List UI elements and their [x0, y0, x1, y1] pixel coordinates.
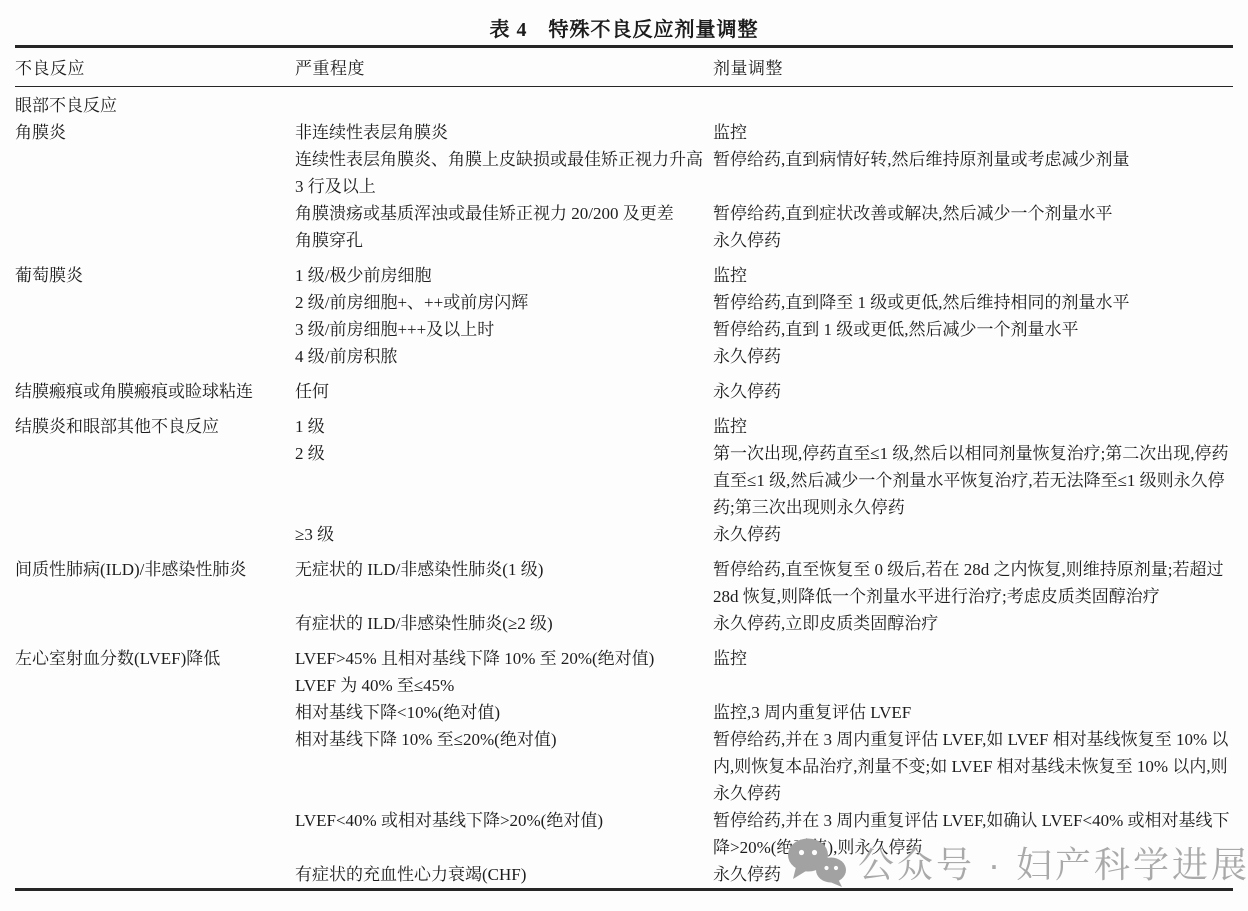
adjustment-cell: 暂停给药,并在 3 周内重复评估 LVEF,如 LVEF 相对基线恢复至 10%…	[713, 726, 1233, 807]
adjustment-cell: 暂停给药,并在 3 周内重复评估 LVEF,如确认 LVEF<40% 或相对基线…	[713, 807, 1233, 861]
adjustment-cell: 永久停药	[713, 521, 1233, 548]
reaction-cell	[15, 200, 295, 227]
reaction-cell	[15, 316, 295, 343]
reaction-cell: 结膜炎和眼部其他不良反应	[15, 405, 295, 440]
adjustment-cell: 监控	[713, 405, 1233, 440]
table-row: 连续性表层角膜炎、角膜上皮缺损或最佳矫正视力升高 3 行及以上暂停给药,直到病情…	[15, 146, 1233, 200]
reaction-cell	[15, 807, 295, 861]
severity-cell: 2 级	[295, 440, 713, 521]
adjustment-cell: 永久停药	[713, 370, 1233, 405]
severity-cell: LVEF 为 40% 至≤45%	[295, 672, 713, 699]
severity-cell: 有症状的充血性心力衰竭(CHF)	[295, 861, 713, 890]
table-row: 相对基线下降<10%(绝对值)监控,3 周内重复评估 LVEF	[15, 699, 1233, 726]
reaction-cell	[15, 699, 295, 726]
table-row: 结膜瘢痕或角膜瘢痕或睑球粘连任何永久停药	[15, 370, 1233, 405]
reaction-cell: 结膜瘢痕或角膜瘢痕或睑球粘连	[15, 370, 295, 405]
table-body: 眼部不良反应角膜炎非连续性表层角膜炎监控连续性表层角膜炎、角膜上皮缺损或最佳矫正…	[15, 87, 1233, 890]
table-row: 葡萄膜炎1 级/极少前房细胞监控	[15, 254, 1233, 289]
reaction-cell	[15, 289, 295, 316]
adjustment-cell	[713, 672, 1233, 699]
adjustment-cell: 暂停给药,直到降至 1 级或更低,然后维持相同的剂量水平	[713, 289, 1233, 316]
table-row: LVEF<40% 或相对基线下降>20%(绝对值)暂停给药,并在 3 周内重复评…	[15, 807, 1233, 861]
severity-cell: 1 级/极少前房细胞	[295, 254, 713, 289]
table-row: 相对基线下降 10% 至≤20%(绝对值)暂停给药,并在 3 周内重复评估 LV…	[15, 726, 1233, 807]
reaction-cell: 眼部不良反应	[15, 87, 295, 120]
adjustment-cell: 监控	[713, 119, 1233, 146]
table-row: 间质性肺病(ILD)/非感染性肺炎无症状的 ILD/非感染性肺炎(1 级)暂停给…	[15, 548, 1233, 610]
adjustment-cell: 监控	[713, 637, 1233, 672]
col-header-severity: 严重程度	[295, 47, 713, 87]
reaction-cell	[15, 861, 295, 890]
table-row: 角膜穿孔永久停药	[15, 227, 1233, 254]
table-row: ≥3 级永久停药	[15, 521, 1233, 548]
severity-cell: 相对基线下降 10% 至≤20%(绝对值)	[295, 726, 713, 807]
table-row: 3 级/前房细胞+++及以上时暂停给药,直到 1 级或更低,然后减少一个剂量水平	[15, 316, 1233, 343]
header-row: 不良反应 严重程度 剂量调整	[15, 47, 1233, 87]
reaction-cell	[15, 440, 295, 521]
severity-cell: 无症状的 ILD/非感染性肺炎(1 级)	[295, 548, 713, 610]
reaction-cell	[15, 726, 295, 807]
severity-cell: 3 级/前房细胞+++及以上时	[295, 316, 713, 343]
severity-cell: ≥3 级	[295, 521, 713, 548]
adjustment-cell: 永久停药	[713, 343, 1233, 370]
severity-cell: 连续性表层角膜炎、角膜上皮缺损或最佳矫正视力升高 3 行及以上	[295, 146, 713, 200]
adjustment-cell: 永久停药	[713, 861, 1233, 890]
reaction-cell	[15, 146, 295, 200]
reaction-cell	[15, 610, 295, 637]
adverse-reaction-table: 不良反应 严重程度 剂量调整 眼部不良反应角膜炎非连续性表层角膜炎监控连续性表层…	[15, 45, 1233, 891]
col-header-dose-adjustment: 剂量调整	[713, 47, 1233, 87]
adjustment-cell	[713, 87, 1233, 120]
severity-cell: LVEF<40% 或相对基线下降>20%(绝对值)	[295, 807, 713, 861]
table-row: 眼部不良反应	[15, 87, 1233, 120]
table-row: 2 级/前房细胞+、++或前房闪辉暂停给药,直到降至 1 级或更低,然后维持相同…	[15, 289, 1233, 316]
severity-cell: 角膜穿孔	[295, 227, 713, 254]
severity-cell	[295, 87, 713, 120]
adjustment-cell: 暂停给药,直到症状改善或解决,然后减少一个剂量水平	[713, 200, 1233, 227]
col-header-adverse-reaction: 不良反应	[15, 47, 295, 87]
reaction-cell	[15, 343, 295, 370]
reaction-cell: 间质性肺病(ILD)/非感染性肺炎	[15, 548, 295, 610]
severity-cell: 2 级/前房细胞+、++或前房闪辉	[295, 289, 713, 316]
table-row: 角膜炎非连续性表层角膜炎监控	[15, 119, 1233, 146]
table-row: 结膜炎和眼部其他不良反应1 级监控	[15, 405, 1233, 440]
reaction-cell: 角膜炎	[15, 119, 295, 146]
table-title: 表 4 特殊不良反应剂量调整	[0, 0, 1248, 45]
reaction-cell	[15, 672, 295, 699]
table-row: 4 级/前房积脓永久停药	[15, 343, 1233, 370]
severity-cell: 相对基线下降<10%(绝对值)	[295, 699, 713, 726]
severity-cell: 1 级	[295, 405, 713, 440]
adjustment-cell: 第一次出现,停药直至≤1 级,然后以相同剂量恢复治疗;第二次出现,停药直至≤1 …	[713, 440, 1233, 521]
reaction-cell: 左心室射血分数(LVEF)降低	[15, 637, 295, 672]
severity-cell: 非连续性表层角膜炎	[295, 119, 713, 146]
table-row: 有症状的充血性心力衰竭(CHF)永久停药	[15, 861, 1233, 890]
adjustment-cell: 暂停给药,直至恢复至 0 级后,若在 28d 之内恢复,则维持原剂量;若超过 2…	[713, 548, 1233, 610]
table-row: 2 级第一次出现,停药直至≤1 级,然后以相同剂量恢复治疗;第二次出现,停药直至…	[15, 440, 1233, 521]
adjustment-cell: 监控,3 周内重复评估 LVEF	[713, 699, 1233, 726]
reaction-cell	[15, 227, 295, 254]
table-header: 不良反应 严重程度 剂量调整	[15, 47, 1233, 87]
table-row: 角膜溃疡或基质浑浊或最佳矫正视力 20/200 及更差暂停给药,直到症状改善或解…	[15, 200, 1233, 227]
adjustment-cell: 暂停给药,直到病情好转,然后维持原剂量或考虑减少剂量	[713, 146, 1233, 200]
severity-cell: 有症状的 ILD/非感染性肺炎(≥2 级)	[295, 610, 713, 637]
document-page: 表 4 特殊不良反应剂量调整 不良反应 严重程度 剂量调整 眼部不良反应角膜炎非…	[0, 0, 1248, 911]
adjustment-cell: 暂停给药,直到 1 级或更低,然后减少一个剂量水平	[713, 316, 1233, 343]
reaction-cell	[15, 521, 295, 548]
reaction-cell: 葡萄膜炎	[15, 254, 295, 289]
table-row: 有症状的 ILD/非感染性肺炎(≥2 级)永久停药,立即皮质类固醇治疗	[15, 610, 1233, 637]
adjustment-cell: 永久停药	[713, 227, 1233, 254]
table-row: LVEF 为 40% 至≤45%	[15, 672, 1233, 699]
table-row: 左心室射血分数(LVEF)降低LVEF>45% 且相对基线下降 10% 至 20…	[15, 637, 1233, 672]
adjustment-cell: 永久停药,立即皮质类固醇治疗	[713, 610, 1233, 637]
severity-cell: 任何	[295, 370, 713, 405]
severity-cell: 4 级/前房积脓	[295, 343, 713, 370]
severity-cell: LVEF>45% 且相对基线下降 10% 至 20%(绝对值)	[295, 637, 713, 672]
adjustment-cell: 监控	[713, 254, 1233, 289]
severity-cell: 角膜溃疡或基质浑浊或最佳矫正视力 20/200 及更差	[295, 200, 713, 227]
